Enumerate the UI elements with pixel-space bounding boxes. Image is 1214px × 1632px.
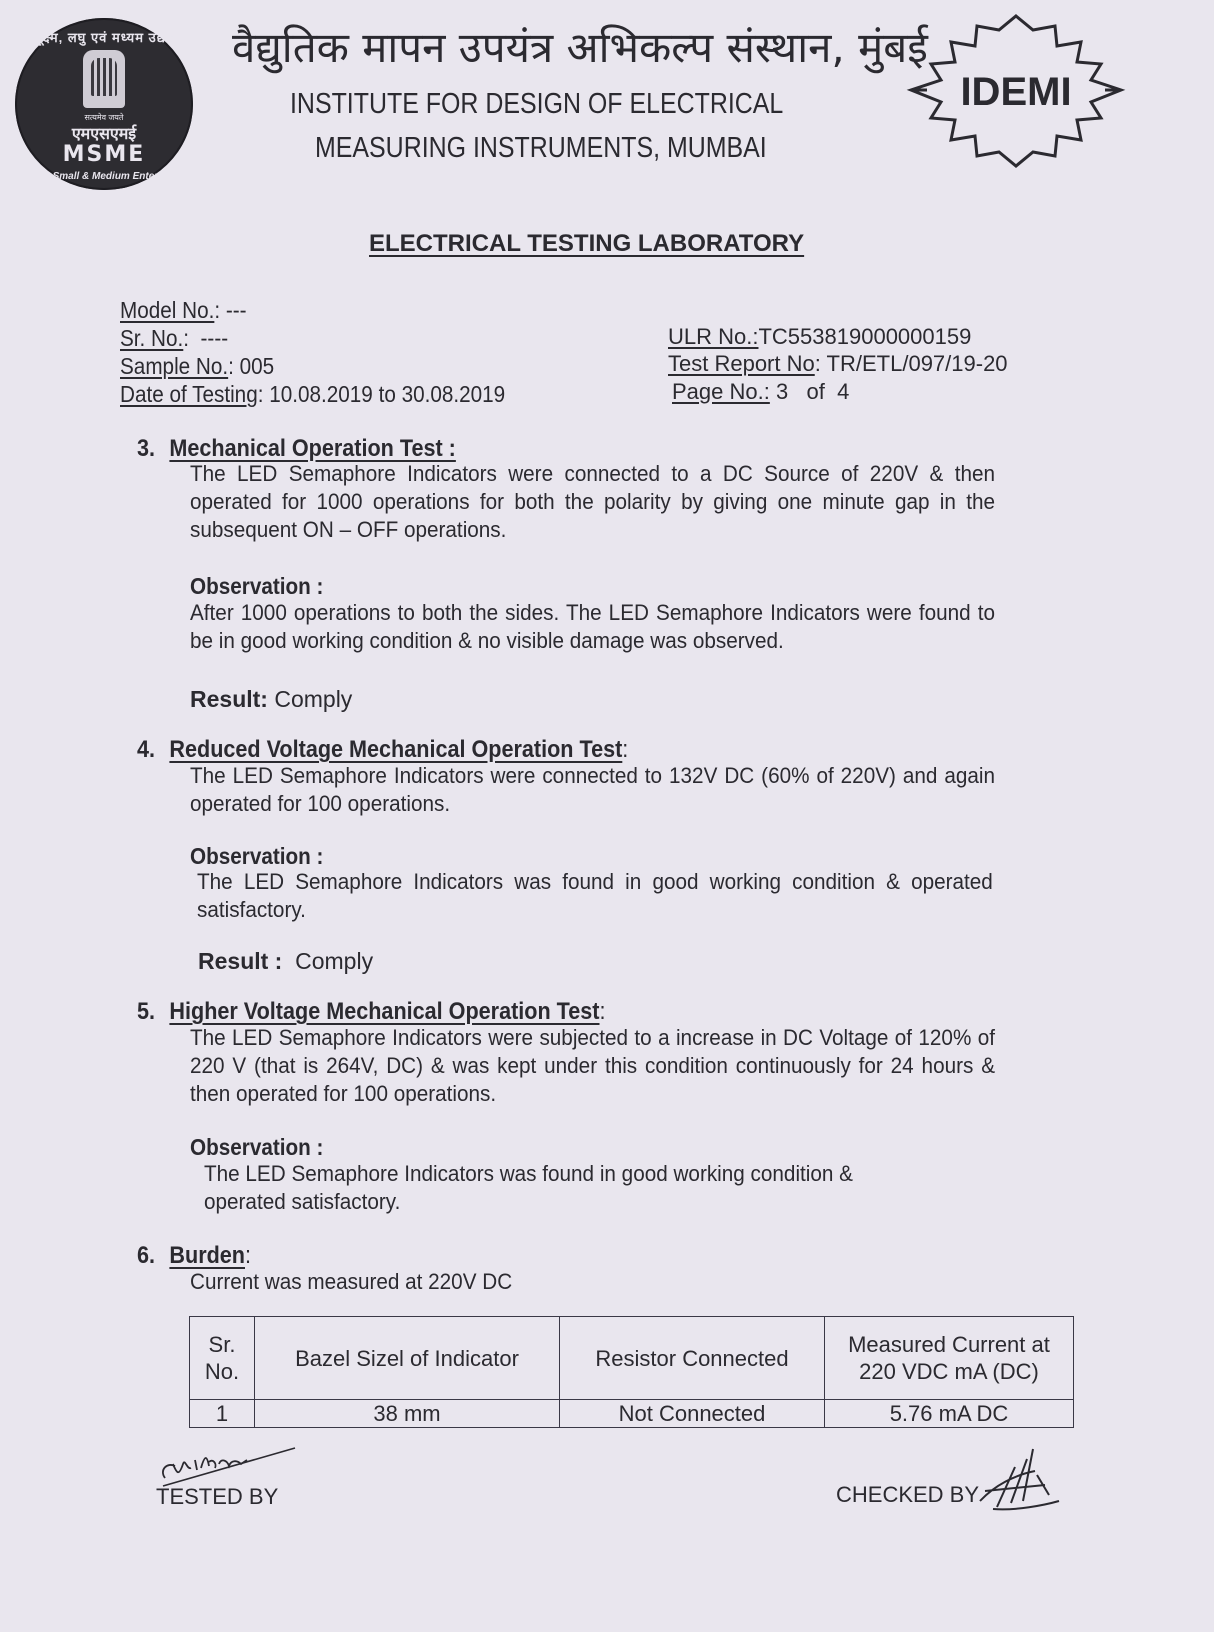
section-suffix: : <box>600 998 606 1025</box>
institute-name-line2: MEASURING INSTRUMENTS, MUMBAI <box>315 132 767 165</box>
msme-logo-hindi-name: एमएसएमई <box>15 122 193 144</box>
section-5-body: The LED Semaphore Indicators were subjec… <box>190 1024 995 1108</box>
result-label: Result: <box>190 686 268 712</box>
section-number: 3. <box>137 435 169 463</box>
checker-signature-icon <box>975 1445 1065 1515</box>
model-no: Model No.: --- <box>120 297 247 324</box>
sr-no-value: : ---- <box>183 325 228 351</box>
test-report-no: Test Report No: TR/ETL/097/19-20 <box>668 351 1008 377</box>
section-suffix: : <box>245 1242 251 1269</box>
burden-table: Sr. No. Bazel Sizel of Indicator Resisto… <box>189 1316 1074 1428</box>
section-title: Reduced Voltage Mechanical Operation Tes… <box>169 736 622 763</box>
msme-logo-text: MSME <box>15 142 193 167</box>
institute-hindi-title: वैद्युतिक मापन उपयंत्र अभिकल्प संस्थान, … <box>232 18 928 75</box>
section-suffix: : <box>622 736 628 763</box>
test-report-no-label: Test Report No <box>668 351 815 376</box>
idemi-logo: IDEMI <box>905 12 1127 172</box>
section-3-observation: After 1000 operations to both the sides.… <box>190 599 995 655</box>
section-number: 6. <box>137 1242 169 1270</box>
section-4-observation: The LED Semaphore Indicators was found i… <box>197 868 993 924</box>
date-of-testing-value: : 10.08.2019 to 30.08.2019 <box>258 381 505 407</box>
institute-name-line1: INSTITUTE FOR DESIGN OF ELECTRICAL <box>290 88 783 121</box>
msme-logo: सूक्ष्म, लघु एवं मध्यम उद्यम सत्यमेव जयत… <box>15 18 193 190</box>
result-label: Result : <box>198 948 282 974</box>
section-3-observation-label: Observation : <box>190 573 323 600</box>
model-no-label: Model No. <box>120 297 214 323</box>
sample-no-label: Sample No. <box>120 353 228 379</box>
section-3-body: The LED Semaphore Indicators were connec… <box>190 460 995 544</box>
cell-sr-no: 1 <box>190 1400 255 1428</box>
section-4-body: The LED Semaphore Indicators were connec… <box>190 762 995 818</box>
cell-resistor: Not Connected <box>560 1400 825 1428</box>
msme-logo-hindi-arc: सूक्ष्म, लघु एवं मध्यम उद्यम <box>15 28 193 46</box>
msme-logo-english-arc: Micro, Small & Medium Enterprises <box>15 171 193 182</box>
result-value: Comply <box>274 686 352 712</box>
section-4-observation-label: Observation : <box>190 843 323 870</box>
ulr-no: ULR No.:TC553819000000159 <box>668 324 971 350</box>
checked-by-label: CHECKED BY <box>836 1482 979 1508</box>
national-emblem-icon <box>83 50 125 108</box>
sr-no: Sr. No.: ---- <box>120 325 228 352</box>
test-report-no-value: : TR/ETL/097/19-20 <box>815 351 1008 376</box>
section-5-heading: 5.Higher Voltage Mechanical Operation Te… <box>137 998 606 1026</box>
section-title: Higher Voltage Mechanical Operation Test <box>169 998 599 1025</box>
tested-by-label: TESTED BY <box>156 1484 278 1510</box>
cell-measured-current: 5.76 mA DC <box>825 1400 1074 1428</box>
section-5-observation-label: Observation : <box>190 1134 323 1161</box>
col-sr-no: Sr. No. <box>190 1317 255 1400</box>
section-6-body: Current was measured at 220V DC <box>190 1268 995 1296</box>
section-3-result: Result: Comply <box>190 686 352 713</box>
section-number: 5. <box>137 998 169 1026</box>
section-5-observation: The LED Semaphore Indicators was found i… <box>204 1160 912 1216</box>
section-4-result: Result : Comply <box>198 948 373 975</box>
col-bezel-size: Bazel Sizel of Indicator <box>255 1317 560 1400</box>
ulr-no-label: ULR No.: <box>668 324 758 349</box>
sample-no-value: : 005 <box>228 353 274 379</box>
section-title: Burden <box>169 1242 245 1269</box>
ulr-no-value: TC553819000000159 <box>758 324 971 349</box>
table-header-row: Sr. No. Bazel Sizel of Indicator Resisto… <box>190 1317 1074 1400</box>
lab-title: ELECTRICAL TESTING LABORATORY <box>369 230 804 258</box>
col-measured-current: Measured Current at 220 VDC mA (DC) <box>825 1317 1074 1400</box>
tester-signature-icon <box>157 1440 297 1490</box>
sample-no: Sample No.: 005 <box>120 353 274 380</box>
result-value: Comply <box>295 948 373 974</box>
col-resistor: Resistor Connected <box>560 1317 825 1400</box>
section-number: 4. <box>137 736 169 764</box>
page-no: Page No.: 3 of 4 <box>672 379 849 405</box>
page-no-label: Page No.: <box>672 379 770 404</box>
section-6-heading: 6.Burden: <box>137 1242 251 1270</box>
page-no-value: 3 of 4 <box>770 379 850 404</box>
date-of-testing-label: Date of Testing <box>120 381 258 407</box>
table-row: 1 38 mm Not Connected 5.76 mA DC <box>190 1400 1074 1428</box>
section-3-heading: 3.Mechanical Operation Test : <box>137 435 456 463</box>
section-4-heading: 4.Reduced Voltage Mechanical Operation T… <box>137 736 628 764</box>
idemi-logo-text: IDEMI <box>905 70 1127 115</box>
cell-bezel-size: 38 mm <box>255 1400 560 1428</box>
date-of-testing: Date of Testing: 10.08.2019 to 30.08.201… <box>120 381 505 408</box>
section-title: Mechanical Operation Test : <box>169 435 455 462</box>
sr-no-label: Sr. No. <box>120 325 183 351</box>
model-no-value: : --- <box>214 297 246 323</box>
